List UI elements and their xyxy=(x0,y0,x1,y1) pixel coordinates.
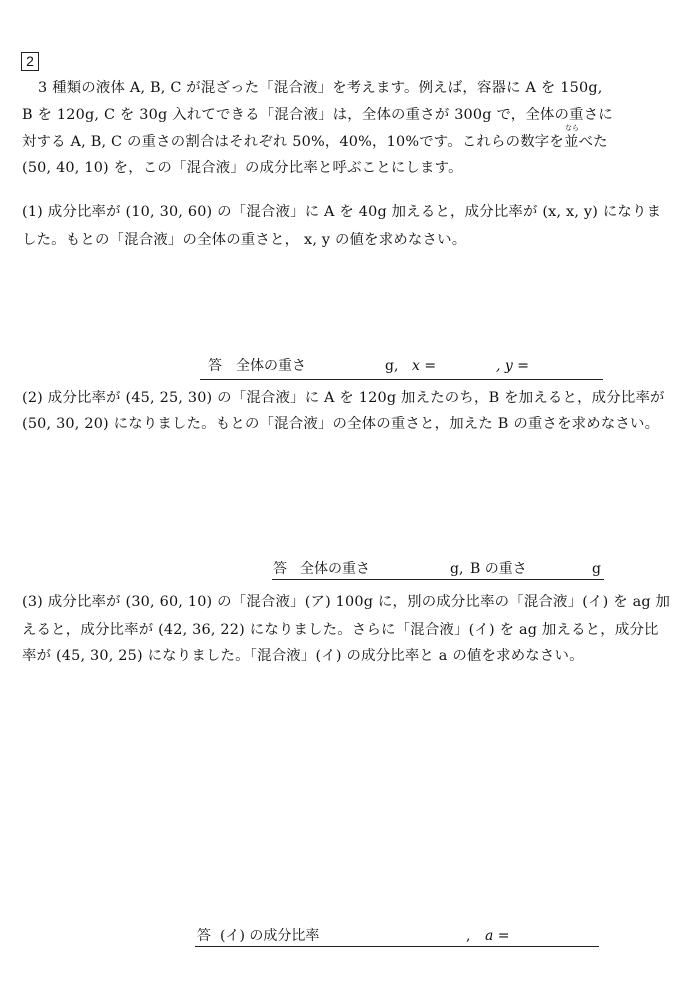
question-3-line-3: 率が (45, 30, 25) になりました。「混合液」(イ) の成分比率と a… xyxy=(22,647,584,665)
ruby-base: 並 xyxy=(564,134,579,150)
question-1-label: (1) xyxy=(22,204,43,220)
answer-2-label-total-weight: 全体の重さ xyxy=(300,560,370,578)
question-1-line-2: した。もとの「混合液」の全体の重さと， x, y の値を求めなさい。 xyxy=(22,231,466,249)
question-3-label: (3) xyxy=(22,594,43,610)
answer-1-input-y[interactable] xyxy=(530,360,600,378)
question-2-text-1: 成分比率が (45, 25, 30) の「混合液」に A を 120g 加えたの… xyxy=(48,390,665,406)
intro-line-3: 対する A, B, C の重さの割合はそれぞれ 50%，40%，10%です。これ… xyxy=(22,133,608,151)
answer-2-unit-g-2: g xyxy=(592,560,601,578)
answer-3-comma: , xyxy=(466,927,470,945)
question-3-text-1: 成分比率が (30, 60, 10) の「混合液」(ア) 100g に，別の成分… xyxy=(48,594,670,610)
answer-1-underline xyxy=(200,379,603,380)
answer-2-prefix: 答 xyxy=(273,560,287,578)
answer-2-unit-g: g, xyxy=(450,560,463,578)
answer-2-input-b-weight[interactable] xyxy=(530,562,590,580)
ruby-text: なら xyxy=(565,124,579,132)
intro-line-1: 3 種類の液体 A, B, C が混ざった「混合液」を考えます。例えば，容器に … xyxy=(38,79,603,97)
question-2-line-2: (50, 30, 20) になりました。もとの「混合液」の全体の重さと，加えた … xyxy=(22,415,659,433)
answer-2-label-b-weight: B の重さ xyxy=(470,560,527,578)
question-1-line-1: (1) 成分比率が (10, 30, 60) の「混合液」に A を 40g 加… xyxy=(22,203,661,221)
answer-1-label-x: x = xyxy=(412,357,436,375)
answer-1-input-x[interactable] xyxy=(440,360,490,378)
question-2-line-1: (2) 成分比率が (45, 25, 30) の「混合液」に A を 120g … xyxy=(22,389,665,407)
answer-3-input-ratio[interactable] xyxy=(335,929,460,947)
ruby-narabe: 並なら xyxy=(564,133,579,151)
answer-3-input-a[interactable] xyxy=(515,929,595,947)
answer-2-input-total-weight[interactable] xyxy=(370,562,445,580)
answer-1-unit-g: g, xyxy=(385,357,398,375)
answer-1-prefix: 答 xyxy=(208,357,222,375)
question-1-text-1: 成分比率が (10, 30, 60) の「混合液」に A を 40g 加えると，… xyxy=(48,204,661,220)
answer-1-label-y: , y = xyxy=(496,357,529,375)
answer-1-input-total-weight[interactable] xyxy=(270,360,380,378)
intro-line-3-tail: べた xyxy=(579,134,608,150)
intro-line-2: B を 120g, C を 30g 入れてできる「混合液」は，全体の重さが 30… xyxy=(22,106,613,124)
problem-number: 2 xyxy=(21,52,39,71)
answer-3-label-ratio: (イ) の成分比率 xyxy=(220,927,319,945)
question-3-line-2: えると，成分比率が (42, 36, 22) になりました。さらに「混合液」(イ… xyxy=(22,621,659,639)
answer-3-label-a: a = xyxy=(485,927,510,945)
question-3-line-1: (3) 成分比率が (30, 60, 10) の「混合液」(ア) 100g に，… xyxy=(22,593,670,611)
intro-line-4: (50, 40, 10) を，この「混合液」の成分比率と呼ぶことにします。 xyxy=(22,159,463,177)
question-2-label: (2) xyxy=(22,390,43,406)
answer-3-prefix: 答 xyxy=(197,927,211,945)
intro-line-3-text: 対する A, B, C の重さの割合はそれぞれ 50%，40%，10%です。これ… xyxy=(22,134,564,150)
